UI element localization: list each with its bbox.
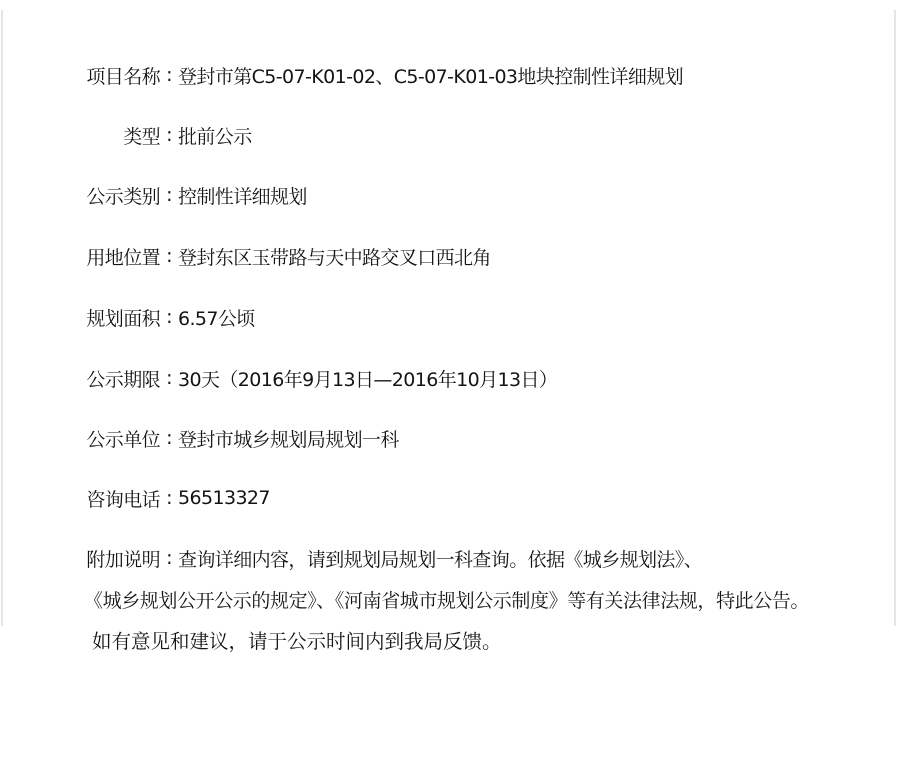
field-label: 咨询电话 — [0, 485, 160, 512]
field-value: 登封东区玉带路与天中路交叉口西北角 — [178, 243, 491, 270]
field-project-name: 项目名称 : 登封市第C5-07-K01-02、C5-07-K01-03地块控制… — [0, 60, 683, 90]
field-value: 30天（2016年9月13日—2016年10月13日） — [178, 365, 557, 392]
note-continuation-line: 《城乡规划公开公示的规定》、《河南省城市规划公示制度》等有关法律法规，特此公告。 — [84, 584, 809, 614]
field-notice-unit: 公示单位 : 登封市城乡规划局规划一科 — [0, 423, 399, 453]
field-label: 规划面积 — [0, 304, 160, 331]
field-colon: : — [160, 64, 178, 86]
field-colon: : — [160, 487, 178, 509]
field-contact-phone: 咨询电话 : 56513327 — [0, 483, 270, 513]
field-label: 类型 — [0, 122, 160, 149]
field-colon: : — [160, 427, 178, 449]
field-value: 查询详细内容，请到规划局规划一科查询。依据《城乡规划法》、 — [178, 545, 702, 572]
field-notice-category: 公示类别 : 控制性详细规划 — [0, 180, 307, 210]
field-colon: : — [160, 245, 178, 267]
field-planning-area: 规划面积 : 6.57公顷 — [0, 302, 255, 332]
note-feedback-line: 如有意见和建议，请于公示时间内到我局反馈。 — [92, 625, 502, 655]
field-land-location: 用地位置 : 登封东区玉带路与天中路交叉口西北角 — [0, 241, 491, 271]
field-colon: : — [160, 547, 178, 569]
field-colon: : — [160, 124, 178, 146]
field-type: 类型 : 批前公示 — [0, 120, 252, 150]
field-value: 登封市城乡规划局规划一科 — [178, 425, 399, 452]
field-value: 6.57公顷 — [178, 304, 255, 331]
field-colon: : — [160, 184, 178, 206]
field-value: 批前公示 — [178, 122, 252, 149]
field-label: 公示类别 — [0, 182, 160, 209]
field-label: 项目名称 — [0, 62, 160, 89]
field-label: 用地位置 — [0, 243, 160, 270]
field-value: 登封市第C5-07-K01-02、C5-07-K01-03地块控制性详细规划 — [178, 62, 683, 89]
field-value: 56513327 — [178, 487, 270, 509]
field-additional-note: 附加说明 : 查询详细内容，请到规划局规划一科查询。依据《城乡规划法》、 — [0, 543, 702, 573]
field-colon: : — [160, 367, 178, 389]
field-label: 公示期限 — [0, 365, 160, 392]
field-label: 附加说明 — [0, 545, 160, 572]
field-colon: : — [160, 306, 178, 328]
field-value: 控制性详细规划 — [178, 182, 307, 209]
field-notice-period: 公示期限 : 30天（2016年9月13日—2016年10月13日） — [0, 363, 557, 393]
field-label: 公示单位 — [0, 425, 160, 452]
